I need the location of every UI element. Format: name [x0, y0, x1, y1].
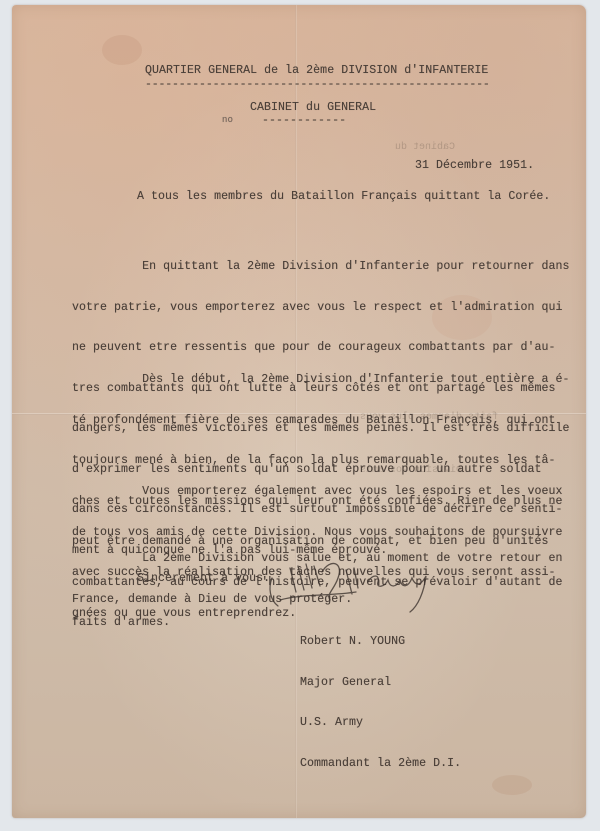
paragraph-line: Dès le début, la 2ème Division d'Infante… — [72, 373, 534, 387]
paragraph-line: té profondément fière de ses camarades d… — [72, 414, 534, 428]
closing-phrase: Sincèrement à vous. — [137, 572, 270, 586]
letterhead-rule: ----------------------------------------… — [145, 78, 490, 92]
reference-number-label: no — [222, 114, 233, 128]
signatory-rank: Major General — [300, 676, 461, 690]
letterhead-title: QUARTIER GENERAL de la 2ème DIVISION d'I… — [145, 64, 488, 78]
letter-date: 31 Décembre 1951. — [415, 159, 534, 173]
signature-block: Robert N. YOUNG Major General U.S. Army … — [300, 608, 461, 784]
signatory-command: Commandant la 2ème D.I. — [300, 757, 461, 771]
letterhead-office: CABINET du GENERAL — [250, 101, 376, 115]
paper-stain — [102, 35, 142, 65]
signatory-service: U.S. Army — [300, 716, 461, 730]
paragraph-line: En quittant la 2ème Division d'Infanteri… — [72, 260, 534, 274]
signatory-name: Robert N. YOUNG — [300, 635, 461, 649]
bleed-through-stamp: Cabinet du — [395, 142, 455, 154]
salutation: A tous les membres du Bataillon Français… — [137, 190, 550, 204]
reference-number-rule: ------------ — [262, 114, 346, 128]
paragraph-line: votre patrie, vous emporterez avec vous … — [72, 301, 534, 315]
paragraph-line: Vous emporterez également avec vous les … — [72, 485, 534, 499]
paper-stain — [492, 775, 532, 795]
